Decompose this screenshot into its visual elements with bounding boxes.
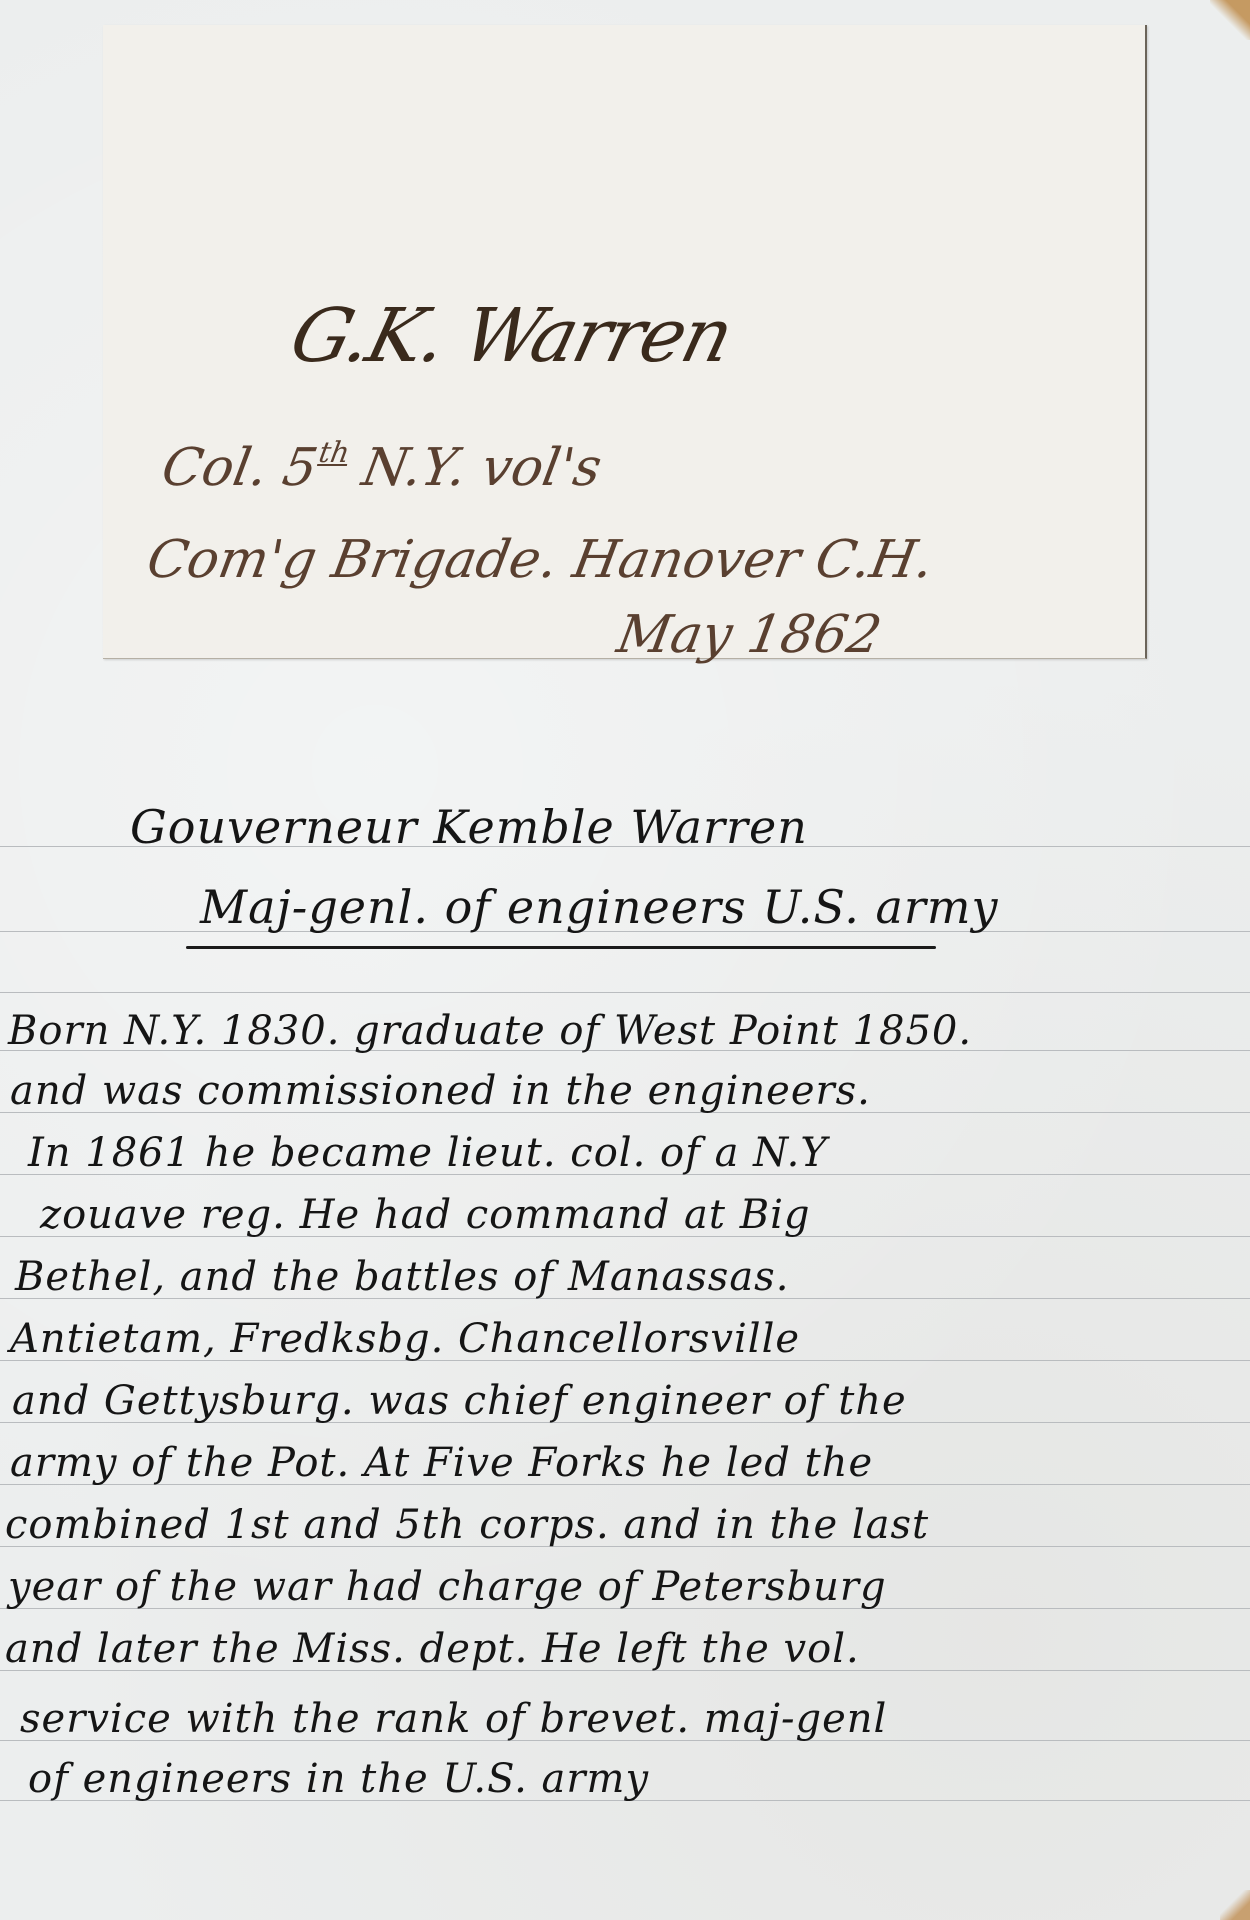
heading-underline — [186, 946, 936, 949]
card-rank-prefix: Col. 5 — [157, 438, 321, 498]
body-line: zouave reg. He had command at Big — [40, 1192, 810, 1238]
body-line: service with the rank of brevet. maj-gen… — [20, 1696, 887, 1742]
heading-rank: Maj-genl. of engineers U.S. army — [200, 880, 999, 934]
card-line-date: May 1862 — [613, 605, 886, 665]
card-line-command: Com'g Brigade. Hanover C.H. — [143, 530, 938, 590]
signature-card: G.K. Warren Col. 5th N.Y. vol's Com'g Br… — [103, 25, 1147, 659]
body-line: combined 1st and 5th corps. and in the l… — [5, 1502, 929, 1548]
worn-corner-bottom-right — [1220, 1890, 1250, 1920]
body-line: of engineers in the U.S. army — [28, 1756, 649, 1802]
heading-name: Gouverneur Kemble Warren — [130, 800, 808, 854]
body-line: and was commissioned in the engineers. — [10, 1068, 871, 1114]
manuscript-page: G.K. Warren Col. 5th N.Y. vol's Com'g Br… — [0, 0, 1250, 1920]
worn-corner-top-right — [1210, 0, 1250, 40]
body-line: In 1861 he became lieut. col. of a N.Y — [28, 1130, 828, 1176]
body-line: year of the war had charge of Petersburg — [8, 1564, 887, 1610]
ruled-line — [0, 992, 1250, 993]
body-line: army of the Pot. At Five Forks he led th… — [10, 1440, 873, 1486]
card-line-rank: Col. 5th N.Y. vol's — [157, 435, 606, 498]
body-line: and later the Miss. dept. He left the vo… — [5, 1626, 860, 1672]
body-line: Bethel, and the battles of Manassas. — [15, 1254, 789, 1300]
body-line: Born N.Y. 1830. graduate of West Point 1… — [8, 1008, 972, 1054]
signature: G.K. Warren — [282, 293, 740, 379]
body-line: Antietam, Fredksbg. Chancellorsville — [10, 1316, 800, 1362]
body-line: and Gettysburg. was chief engineer of th… — [12, 1378, 907, 1424]
card-rank-suffix: N.Y. vol's — [341, 438, 606, 498]
